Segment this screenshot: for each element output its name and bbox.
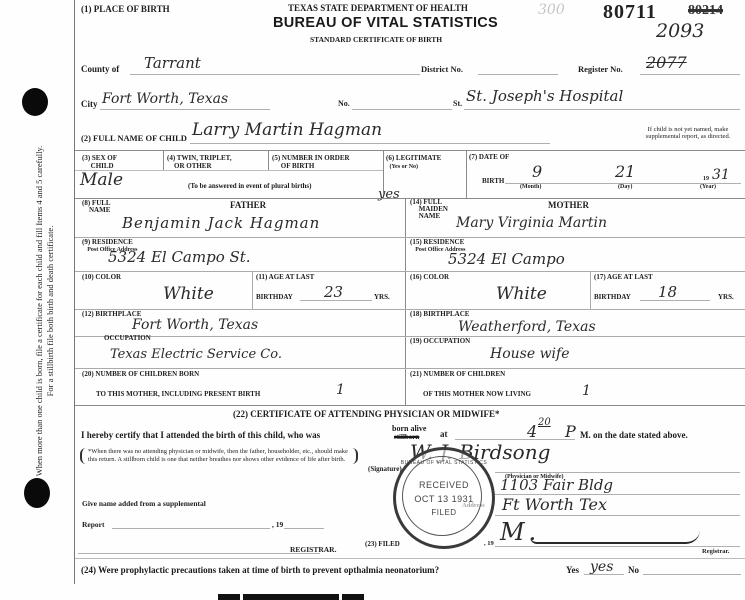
mother-birthplace-label: (18) BIRTHPLACE xyxy=(410,311,469,318)
sidebar-line-2: For a stillbirth file both birth and dea… xyxy=(45,76,56,546)
place-of-birth-label: (1) PLACE OF BIRTH xyxy=(81,5,170,14)
register-number-new: 2093 xyxy=(656,22,704,41)
mother-heading: MOTHER xyxy=(548,201,589,210)
address-line-2: Ft Worth Tex xyxy=(502,497,607,513)
father-occupation-value: Texas Electric Service Co. xyxy=(110,348,282,361)
filed-year: , 19 xyxy=(484,541,494,548)
stamp-received: RECEIVED xyxy=(396,480,492,490)
father-residence-label-text: (9) RESIDENCE xyxy=(82,238,133,246)
address-line-1: 1103 Fair Bldg xyxy=(500,478,613,493)
dob-label: (7) DATE OF xyxy=(469,154,509,161)
mother-age-value: 18 xyxy=(658,285,677,300)
district-underline xyxy=(478,74,558,75)
born-alive-option: born alive xyxy=(392,424,426,433)
father-row-5 xyxy=(75,368,405,369)
sex-value: Male xyxy=(80,172,123,189)
order-label: (5) NUMBER IN ORDER OF BIRTH xyxy=(272,154,350,170)
child-name-label: (2) FULL NAME OF CHILD xyxy=(81,134,187,143)
register-label: Register No. xyxy=(578,65,623,74)
children-born-label: (20) NUMBER OF CHILDREN BORN xyxy=(82,371,199,378)
legitimate-sub: (Yes or No) xyxy=(390,164,419,170)
register-number-struck: 2077 xyxy=(646,55,687,71)
registrar-right-label: Registrar. xyxy=(702,549,729,556)
no-label: No. xyxy=(338,100,350,108)
mother-color-label: (16) COLOR xyxy=(410,274,449,281)
mother-name-label: (14) FULL MAIDEN NAME xyxy=(410,199,448,220)
mother-age-divider xyxy=(590,271,591,309)
st-underline xyxy=(464,109,740,110)
signature-underline xyxy=(495,472,740,473)
father-name-value: Benjamin Jack Hagman xyxy=(122,216,320,231)
prophylactic-yes-underline xyxy=(584,574,624,575)
plural-note: (To be answered in event of plural birth… xyxy=(188,182,311,190)
father-yrs-label: YRS. xyxy=(374,294,390,301)
mother-birthday-label: BIRTHDAY xyxy=(594,294,631,301)
ampm-value: P xyxy=(565,424,576,440)
district-label: District No. xyxy=(421,65,463,74)
mother-age-underline xyxy=(640,300,710,301)
father-birthday-label: BIRTHDAY xyxy=(256,294,293,301)
stamp-top-text: BUREAU OF VITAL STATISTICS xyxy=(396,460,492,466)
report-label: Report xyxy=(82,521,105,529)
city-label: City xyxy=(81,100,98,109)
dob-underline xyxy=(505,183,741,184)
mother-occupation-label: (19) OCCUPATION xyxy=(410,338,470,345)
year-value: 31 xyxy=(712,168,730,182)
col-divider-twin xyxy=(268,150,269,170)
sex-label: (3) SEX OF CHILD xyxy=(82,154,117,170)
registrar-left-label: REGISTRAR. xyxy=(290,546,336,554)
father-birthplace-value: Fort Worth, Texas xyxy=(132,318,258,332)
section-divider-3 xyxy=(75,405,745,406)
address-2-underline xyxy=(495,515,740,516)
father-age-divider xyxy=(252,271,253,309)
time-minutes: 20 xyxy=(538,418,551,428)
twin-label: (4) TWIN, TRIPLET, OR OTHER xyxy=(167,154,232,170)
father-color-value: White xyxy=(163,286,214,303)
form-left-border xyxy=(74,0,75,584)
mother-yrs-label: YRS. xyxy=(718,294,734,301)
mother-residence-value: 5324 El Campo xyxy=(448,252,565,267)
father-name-label: (8) FULL NAME xyxy=(82,200,111,214)
certificate-subtitle: STANDARD CERTIFICATE OF BIRTH xyxy=(310,36,442,44)
time-value: 4 xyxy=(527,424,537,440)
st-label: St. xyxy=(453,100,462,108)
father-occupation-label: OCCUPATION xyxy=(104,335,151,342)
mother-row-2 xyxy=(405,271,745,272)
register-underline xyxy=(640,74,740,75)
filed-label: (23) FILED xyxy=(365,541,400,548)
legitimate-label-text: (6) LEGITIMATE xyxy=(386,154,441,162)
file-number: 80711 xyxy=(603,1,657,24)
mother-birthplace-value: Weatherford, Texas xyxy=(458,320,596,334)
certificate-heading: (22) CERTIFICATE OF ATTENDING PHYSICIAN … xyxy=(233,410,500,419)
at-label: at xyxy=(440,430,448,439)
prophylactic-yes-label: Yes xyxy=(566,566,579,575)
children-living-sub: OF THIS MOTHER NOW LIVING xyxy=(423,391,531,398)
report-underline xyxy=(112,528,270,529)
children-living-value: 1 xyxy=(582,384,591,398)
children-born-sub: TO THIS MOTHER, INCLUDING PRESENT BIRTH xyxy=(96,391,260,398)
year-prefix: 19 xyxy=(703,176,709,182)
report-year-underline xyxy=(284,528,324,529)
bottom-tab-1 xyxy=(218,594,240,600)
sidebar-instructions: When more than one child is born, file a… xyxy=(34,76,56,546)
bottom-tab-3 xyxy=(342,594,364,600)
bottom-tab-2 xyxy=(243,594,339,600)
received-stamp: BUREAU OF VITAL STATISTICS RECEIVED OCT … xyxy=(393,447,495,549)
mother-color-value: White xyxy=(496,286,547,303)
attendant-note: *When there was no attending physician o… xyxy=(80,448,358,464)
child-name-note: If child is not yet named, make suppleme… xyxy=(635,126,741,140)
department-title: TEXAS STATE DEPARTMENT OF HEALTH xyxy=(288,4,468,13)
stamp-filed: FILED xyxy=(396,508,492,517)
registrar-left-underline xyxy=(78,553,320,554)
filed-underline xyxy=(495,546,740,547)
day-label: (Day) xyxy=(618,184,632,190)
mother-residence-label-text: (15) RESIDENCE xyxy=(410,238,464,246)
county-value: Tarrant xyxy=(144,56,201,71)
father-color-label: (10) COLOR xyxy=(82,274,121,281)
prophylactic-yes-value: yes xyxy=(590,560,613,574)
sidebar-line-1: When more than one child is born, file a… xyxy=(34,76,45,546)
col-divider-dob xyxy=(466,150,467,198)
signature-label: (Signature) xyxy=(368,466,402,473)
section-divider-1 xyxy=(75,150,745,151)
report-year: , 19 xyxy=(272,521,283,529)
father-heading: FATHER xyxy=(230,201,266,210)
children-living-label: (21) NUMBER OF CHILDREN xyxy=(410,371,505,378)
mother-name-value: Mary Virginia Martin xyxy=(456,216,607,230)
section-divider-4 xyxy=(75,558,745,559)
supplemental-label: Give name added from a supplemental xyxy=(82,500,206,508)
day-value: 21 xyxy=(615,164,635,180)
child-name-value: Larry Martin Hagman xyxy=(192,122,382,139)
time-suffix: M. on the date stated above. xyxy=(580,430,688,440)
month-value: 9 xyxy=(532,164,542,180)
father-age-underline xyxy=(300,300,372,301)
registrar-signature-flourish xyxy=(530,530,700,544)
city-underline xyxy=(100,109,270,110)
county-underline xyxy=(130,74,420,75)
father-residence-value: 5324 El Campo St. xyxy=(108,250,251,265)
birth-label: BIRTH xyxy=(482,178,504,185)
parents-divider xyxy=(405,198,406,406)
father-row-2 xyxy=(75,271,405,272)
col-divider-sex xyxy=(163,150,164,170)
prophylactic-no-underline xyxy=(643,574,741,575)
legitimate-label: (6) LEGITIMATE (Yes or No) xyxy=(386,154,441,171)
city-value: Fort Worth, Texas xyxy=(102,92,228,106)
prophylactic-question: (24) Were prophylactic precautions taken… xyxy=(81,565,439,575)
legitimate-value: yes xyxy=(378,188,400,201)
county-label: County of xyxy=(81,65,119,74)
stamp-date: OCT 13 1931 xyxy=(396,494,492,504)
children-born-value: 1 xyxy=(336,383,345,397)
file-number-prefix: 300 xyxy=(538,2,565,18)
no-underline xyxy=(352,109,452,110)
st-value: St. Joseph's Hospital xyxy=(466,89,623,104)
file-number-struck: 80214 xyxy=(688,3,723,19)
sex-bottom-line xyxy=(75,170,383,171)
mother-age-label: (17) AGE AT LAST xyxy=(594,274,653,281)
prophylactic-no-label: No xyxy=(628,566,639,575)
mother-occupation-value: House wife xyxy=(490,347,570,361)
child-name-underline xyxy=(190,143,550,144)
month-label: (Month) xyxy=(520,184,541,190)
mother-row-5 xyxy=(405,368,745,369)
certify-text: I hereby certify that I attended the bir… xyxy=(81,430,320,440)
father-age-value: 23 xyxy=(324,285,343,300)
bureau-title: BUREAU OF VITAL STATISTICS xyxy=(273,15,498,31)
year-label: (Year) xyxy=(700,184,716,190)
father-age-label: (11) AGE AT LAST xyxy=(256,274,314,281)
attendant-note-text: *When there was no attending physician o… xyxy=(88,448,348,463)
